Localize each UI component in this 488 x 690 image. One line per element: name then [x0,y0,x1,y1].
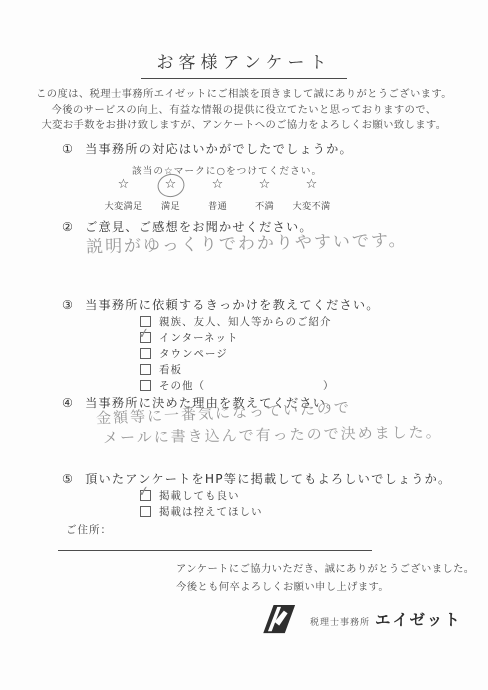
survey-scan-page: お客様アンケート この度は、税理士事務所エイゼットにご相談を頂きまして誠にありが… [0,0,488,690]
question-3-number: ③ [62,298,74,312]
question-1-number: ① [62,142,74,156]
address-field-label: ご住所： [66,522,112,537]
closing-thanks-line: 今後とも何卒よろしくお願い申し上げます。 [176,578,474,596]
question-4-number: ④ [62,396,74,410]
company-name: エイゼット [375,611,462,629]
company-logo: 税理士事務所エイゼット [263,604,462,634]
intro-line: この度は、税理士事務所エイゼットにご相談を頂きまして誠にありがとうございます。 [0,87,488,103]
other-close-paren: ） [323,378,334,393]
question-4-handwritten-line2: メールに書き込んで有ったので決めました。 [103,421,443,448]
page-title-wrap: お客様アンケート [0,48,488,79]
checkbox-unchecked [140,348,151,359]
checkbox-label: タウンページ [159,346,228,361]
intro-paragraph: この度は、税理士事務所エイゼットにご相談を頂きまして誠にありがとうございます。 … [0,87,488,134]
checkbox-label: インターネット [159,330,239,345]
checkbox-label: 親族、友人、知人等からのご紹介 [159,314,332,329]
page-title: お客様アンケート [141,48,348,79]
checkbox-label: 掲載しても良い [159,488,240,503]
checkbox-row-publish-no: 掲載は控えてほしい [140,504,263,519]
rating-option-satisfied: ☆ 満足 [147,178,194,212]
question-2-handwritten-answer: 説明がゆっくりでわかりやすいです。 [86,226,408,258]
question-5: ⑤頂いたアンケートをHP等に掲載してもよろしいでしょうか。 [62,470,451,487]
checkbox-unchecked [140,506,151,517]
rating-label: 満足 [147,198,194,212]
checkbox-label: その他（ [159,378,205,393]
star-icon: ☆ [100,178,147,192]
handwritten-check-icon: ✓ [137,325,151,342]
question-1-instruction: 該当の☆マークに○をつけてください。 [132,163,322,177]
question-2-number: ② [62,220,74,234]
rating-label: 大変満足 [100,198,147,212]
checkbox-unchecked [140,380,151,391]
question-1-text: 当事務所の対応はいかがでしたでしょうか。 [85,142,353,156]
star-rating-row: ☆ 大変満足 ☆ 満足 ☆ 普通 ☆ 不満 ☆ 大変不満 [100,178,335,212]
handwritten-check-icon: ✓ [137,483,151,500]
checkbox-row-signboard: 看板 [140,362,182,377]
checkbox-row-townpage: タウンページ [140,346,228,361]
closing-thanks-line: アンケートにご協力いただき、誠にありがとうございました。 [176,560,474,578]
star-icon: ☆ [194,178,241,192]
checkbox-unchecked [140,364,151,375]
checkbox-row-internet: ✓ インターネット [140,330,239,345]
question-5-number: ⑤ [62,472,74,486]
intro-line: 今後のサービスの向上、有益な情報の提供に役立てたいと思っておりますので、 [0,103,488,119]
rating-option-very-satisfied: ☆ 大変満足 [100,178,147,212]
checkbox-row-referral: 親族、友人、知人等からのご紹介 [140,314,332,329]
star-icon: ☆ [241,178,288,192]
question-1: ①当事務所の対応はいかがでしたでしょうか。 [62,140,353,157]
address-write-line [58,550,372,551]
question-3-text: 当事務所に依頼するきっかけを教えてください。 [85,298,380,312]
rating-label: 不満 [241,198,288,212]
company-type-label: 税理士事務所 [310,618,370,628]
question-3: ③当事務所に依頼するきっかけを教えてください。 [62,296,380,313]
checkbox-label: 看板 [159,362,182,377]
company-logo-icon [263,604,301,634]
closing-thanks: アンケートにご協力いただき、誠にありがとうございました。 今後とも何卒よろしくお… [176,560,474,596]
company-logo-text: 税理士事務所エイゼット [310,608,462,630]
rating-label: 普通 [194,198,241,212]
rating-option-dissatisfied: ☆ 不満 [241,178,288,212]
rating-option-very-dissatisfied: ☆ 大変不満 [288,178,335,212]
checkbox-row-publish-ok: ✓ 掲載しても良い [140,488,240,503]
checkbox-checked: ✓ [140,490,151,501]
checkbox-label: 掲載は控えてほしい [159,504,263,519]
rating-option-normal: ☆ 普通 [194,178,241,212]
checkbox-row-other: その他（ ） [140,378,334,393]
checkbox-checked: ✓ [140,332,151,343]
rating-label: 大変不満 [288,198,335,212]
intro-line: 大変お手数をお掛け致しますが、アンケートへのご協力をよろしくお願い致します。 [0,118,488,134]
star-icon: ☆ [288,178,335,192]
